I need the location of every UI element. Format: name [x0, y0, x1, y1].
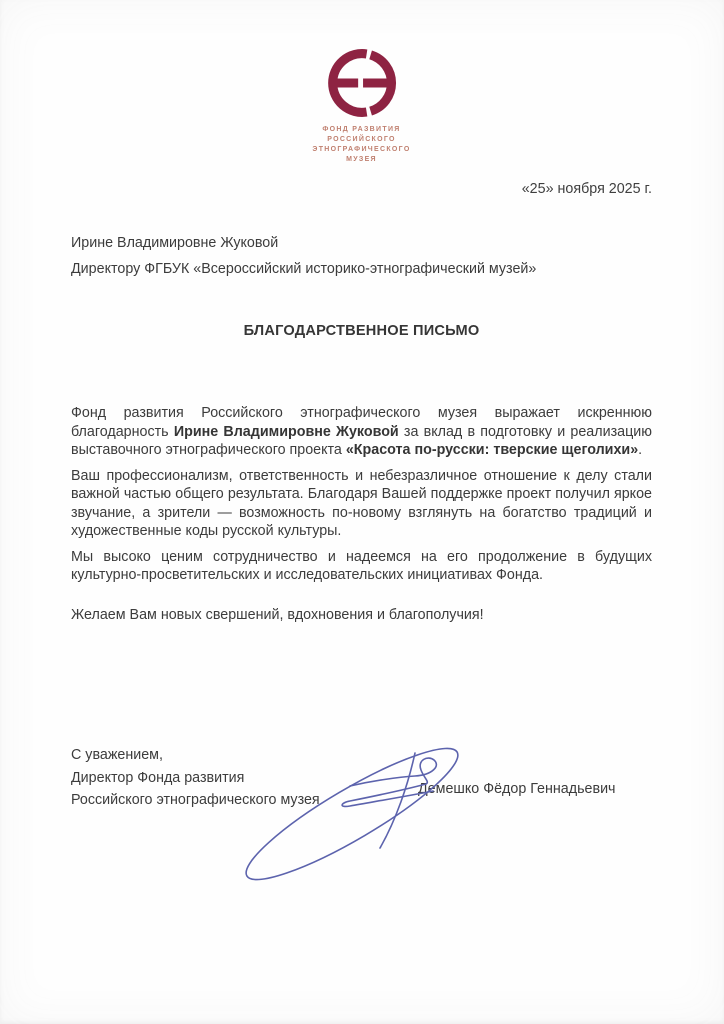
recipient-name: Ирине Владимировне Жуковой [71, 230, 652, 256]
fund-logo-caption: ФОНД РАЗВИТИЯ РОССИЙСКОГО ЭТНОГРАФИЧЕСКО… [71, 125, 652, 165]
p1-recipient-name-bold: Ирине Владимировне Жуковой [174, 424, 399, 440]
p1-text: . [638, 442, 642, 458]
letter-date: «25» ноября 2025 г. [71, 180, 652, 199]
fund-logo-icon [327, 48, 397, 118]
logo-caption-line: ФОНД РАЗВИТИЯ [71, 125, 652, 135]
signer-name: Демешко Фёдор Геннадьевич [418, 778, 616, 801]
signature-block: С уважением, Директор Фонда развития Рос… [71, 744, 652, 864]
signature-closing: С уважением, [71, 744, 652, 767]
logo-caption-line: РОССИЙСКОГО [71, 135, 652, 145]
closing-wish: Желаем Вам новых свершений, вдохновения … [71, 606, 652, 625]
letter-title: БЛАГОДАРСТВЕННОЕ ПИСЬМО [71, 322, 652, 340]
logo-caption-line: ЭТНОГРАФИЧЕСКОГО [71, 145, 652, 155]
paragraph-gratitude: Фонд развития Российского этнографическо… [71, 404, 652, 460]
p1-project-name-bold: «Красота по-русски: тверские щеголихи» [346, 442, 638, 458]
recipient-position: Директору ФГБУК «Всероссийский историко-… [71, 256, 652, 282]
logo-caption-line: МУЗЕЯ [71, 155, 652, 165]
recipient-block: Ирине Владимировне Жуковой Директору ФГБ… [71, 230, 652, 282]
letter-page: ФОНД РАЗВИТИЯ РОССИЙСКОГО ЭТНОГРАФИЧЕСКО… [0, 0, 724, 1024]
paragraph-professionalism: Ваш профессионализм, ответственность и н… [71, 467, 652, 541]
paragraph-cooperation: Мы высоко ценим сотрудничество и надеемс… [71, 548, 652, 585]
